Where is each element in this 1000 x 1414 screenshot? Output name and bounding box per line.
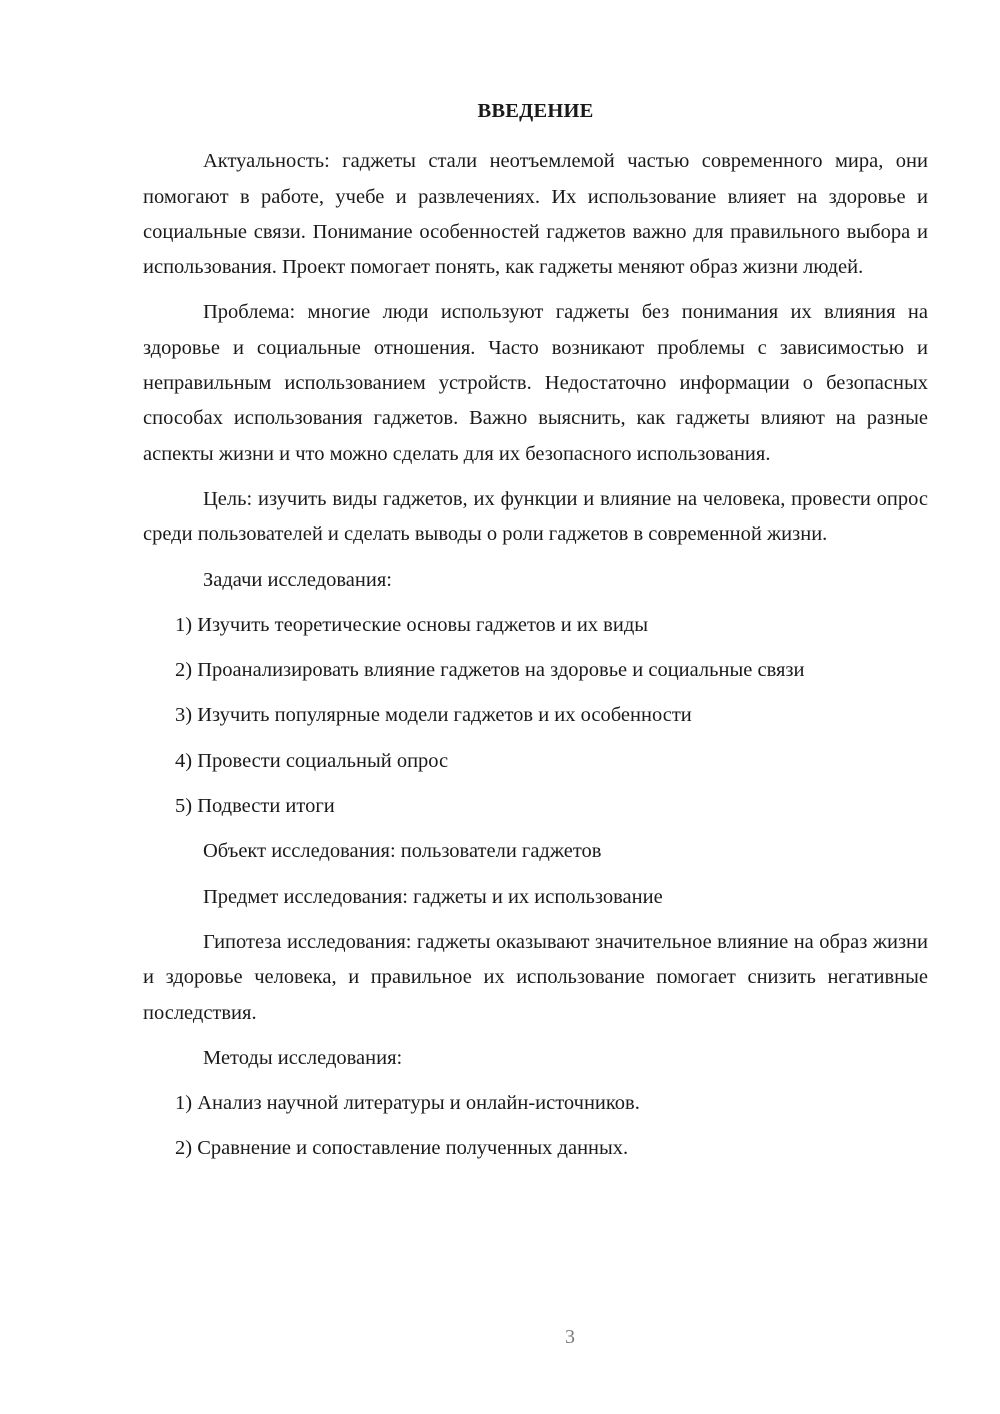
object-paragraph: Объект исследования: пользователи гаджет… [143,834,928,869]
problem-paragraph: Проблема: многие люди используют гаджеты… [143,295,928,471]
goal-paragraph: Цель: изучить виды гаджетов, их функции … [143,482,928,553]
page-content: ВВЕДЕНИЕ Актуальность: гаджеты стали нео… [143,94,928,1177]
task-item: 4) Провести социальный опрос [143,744,928,779]
page-title: ВВЕДЕНИЕ [143,94,928,129]
tasks-heading: Задачи исследования: [143,563,928,598]
methods-heading: Методы исследования: [143,1041,928,1076]
task-item: 5) Подвести итоги [143,789,928,824]
hypothesis-paragraph: Гипотеза исследования: гаджеты оказывают… [143,925,928,1031]
page-number: 3 [565,1326,575,1349]
document-page: ВВЕДЕНИЕ Актуальность: гаджеты стали нео… [0,0,1000,1414]
method-item: 2) Сравнение и сопоставление полученных … [143,1131,928,1166]
task-item: 3) Изучить популярные модели гаджетов и … [143,698,928,733]
task-item: 2) Проанализировать влияние гаджетов на … [143,653,928,688]
page-number-footer: 3 [70,1326,1000,1349]
relevance-paragraph: Актуальность: гаджеты стали неотъемлемой… [143,144,928,285]
subject-paragraph: Предмет исследования: гаджеты и их испол… [143,880,928,915]
method-item: 1) Анализ научной литературы и онлайн-ис… [143,1086,928,1121]
task-item: 1) Изучить теоретические основы гаджетов… [143,608,928,643]
